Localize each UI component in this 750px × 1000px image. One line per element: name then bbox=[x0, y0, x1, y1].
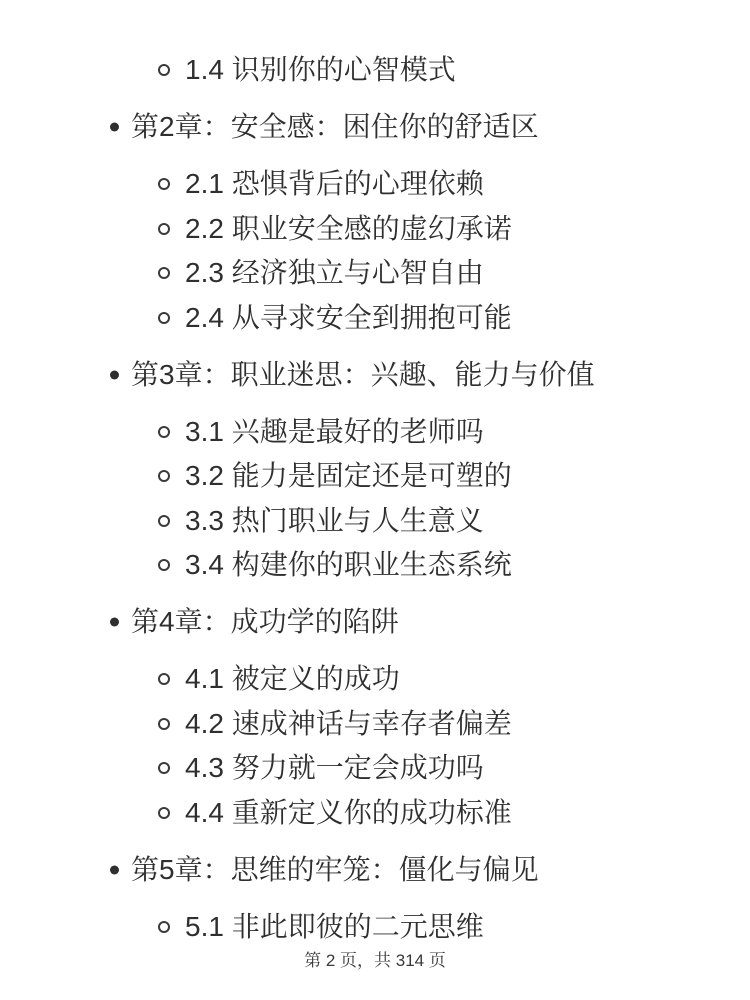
disc-bullet-icon bbox=[110, 370, 119, 379]
toc-item: 2.4 从寻求安全到拥抱可能 bbox=[0, 296, 750, 341]
toc-item-text: 2.4 从寻求安全到拥抱可能 bbox=[185, 302, 512, 333]
circle-bullet-icon bbox=[158, 64, 170, 76]
toc-item-text: 3.3 热门职业与人生意义 bbox=[185, 505, 484, 536]
toc-item: 3.3 热门职业与人生意义 bbox=[0, 499, 750, 544]
toc-item: 2.1 恐惧背后的心理依赖 bbox=[0, 162, 750, 207]
toc-item: 2.3 经济独立与心智自由 bbox=[0, 251, 750, 296]
circle-bullet-icon bbox=[158, 807, 170, 819]
toc-item: 3.1 兴趣是最好的老师吗 bbox=[0, 410, 750, 455]
disc-bullet-icon bbox=[110, 618, 119, 627]
toc-item: 4.1 被定义的成功 bbox=[0, 657, 750, 702]
toc-item: 4.4 重新定义你的成功标准 bbox=[0, 791, 750, 836]
toc-item-text: 4.1 被定义的成功 bbox=[185, 663, 400, 694]
circle-bullet-icon bbox=[158, 312, 170, 324]
toc-item-text: 第5章：思维的牢笼：僵化与偏见 bbox=[131, 854, 539, 885]
toc-item-text: 1.4 识别你的心智模式 bbox=[185, 54, 456, 85]
disc-bullet-icon bbox=[110, 865, 119, 874]
document-page: 1.4 识别你的心智模式 第2章：安全感：困住你的舒适区 2.1 恐惧背后的心理… bbox=[0, 0, 750, 1000]
toc-item: 3.2 能力是固定还是可塑的 bbox=[0, 454, 750, 499]
disc-bullet-icon bbox=[110, 123, 119, 132]
toc-item: 3.4 构建你的职业生态系统 bbox=[0, 543, 750, 588]
circle-bullet-icon bbox=[158, 559, 170, 571]
circle-bullet-icon bbox=[158, 673, 170, 685]
toc-item-text: 2.3 经济独立与心智自由 bbox=[185, 257, 484, 288]
toc-item-text: 3.1 兴趣是最好的老师吗 bbox=[185, 416, 484, 447]
toc-item-text: 3.2 能力是固定还是可塑的 bbox=[185, 460, 512, 491]
toc-item: 2.2 职业安全感的虚幻承诺 bbox=[0, 207, 750, 252]
toc-item-text: 4.2 速成神话与幸存者偏差 bbox=[185, 708, 512, 739]
toc-item: 4.2 速成神话与幸存者偏差 bbox=[0, 702, 750, 747]
toc-chapter-item: 第5章：思维的牢笼：僵化与偏见 bbox=[0, 848, 750, 893]
circle-bullet-icon bbox=[158, 515, 170, 527]
toc-chapter-item: 第2章：安全感：困住你的舒适区 bbox=[0, 105, 750, 150]
toc-list: 1.4 识别你的心智模式 第2章：安全感：困住你的舒适区 2.1 恐惧背后的心理… bbox=[0, 48, 750, 949]
toc-item-text: 4.4 重新定义你的成功标准 bbox=[185, 797, 512, 828]
toc-item: 5.1 非此即彼的二元思维 bbox=[0, 905, 750, 950]
circle-bullet-icon bbox=[158, 426, 170, 438]
toc-item-text: 第3章：职业迷思：兴趣、能力与价值 bbox=[131, 359, 595, 390]
toc-item-text: 2.2 职业安全感的虚幻承诺 bbox=[185, 213, 512, 244]
circle-bullet-icon bbox=[158, 267, 170, 279]
circle-bullet-icon bbox=[158, 178, 170, 190]
toc-item: 4.3 努力就一定会成功吗 bbox=[0, 746, 750, 791]
circle-bullet-icon bbox=[158, 470, 170, 482]
circle-bullet-icon bbox=[158, 718, 170, 730]
toc-item-text: 5.1 非此即彼的二元思维 bbox=[185, 911, 484, 942]
toc-item: 1.4 识别你的心智模式 bbox=[0, 48, 750, 93]
page-number-text: 第 2 页，共 314 页 bbox=[304, 951, 446, 970]
toc-item-text: 2.1 恐惧背后的心理依赖 bbox=[185, 168, 484, 199]
toc-item-text: 第4章：成功学的陷阱 bbox=[131, 606, 399, 637]
toc-chapter-item: 第4章：成功学的陷阱 bbox=[0, 600, 750, 645]
circle-bullet-icon bbox=[158, 921, 170, 933]
circle-bullet-icon bbox=[158, 223, 170, 235]
toc-chapter-item: 第3章：职业迷思：兴趣、能力与价值 bbox=[0, 353, 750, 398]
page-footer: 第 2 页，共 314 页 bbox=[0, 946, 750, 971]
toc-item-text: 4.3 努力就一定会成功吗 bbox=[185, 752, 484, 783]
circle-bullet-icon bbox=[158, 762, 170, 774]
toc-item-text: 第2章：安全感：困住你的舒适区 bbox=[131, 111, 539, 142]
toc-item-text: 3.4 构建你的职业生态系统 bbox=[185, 549, 512, 580]
